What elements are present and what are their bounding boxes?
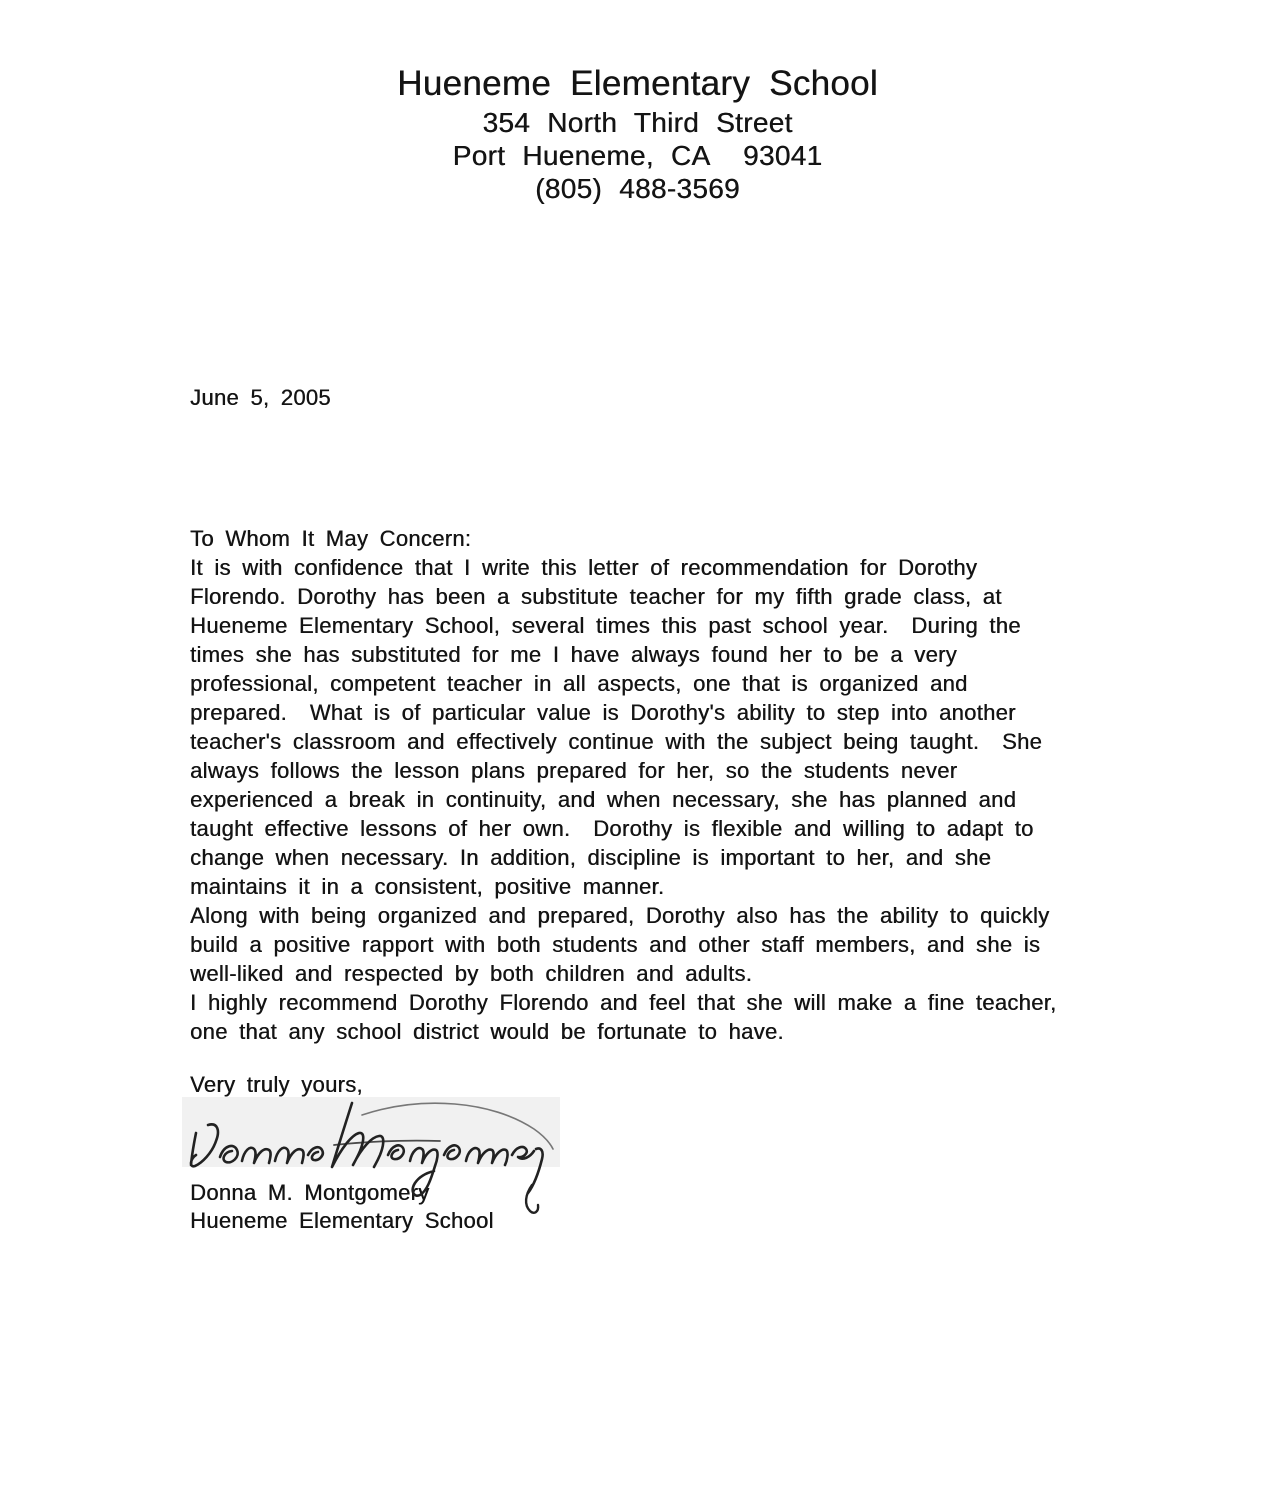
letterhead-city-state-zip: Port Hueneme, CA 93041 bbox=[0, 139, 1275, 172]
signature-image bbox=[182, 1091, 590, 1231]
paragraph-qualifications: It is with confidence that I write this … bbox=[190, 553, 1068, 901]
letter-body: June 5, 2005 To Whom It May Concern: It … bbox=[190, 383, 1068, 1235]
signature-tail-curl bbox=[526, 1185, 538, 1213]
letterhead-school-name: Hueneme Elementary School bbox=[0, 62, 1275, 106]
paragraph-recommendation: I highly recommend Dorothy Florendo and … bbox=[190, 988, 1068, 1046]
signature-block bbox=[190, 1101, 1068, 1179]
letterhead-phone: (805) 488-3569 bbox=[0, 172, 1275, 205]
letterhead-street-address: 354 North Third Street bbox=[0, 106, 1275, 139]
letterhead: Hueneme Elementary School 354 North Thir… bbox=[0, 0, 1275, 205]
letter-page: Hueneme Elementary School 354 North Thir… bbox=[0, 0, 1275, 1501]
salutation: To Whom It May Concern: bbox=[190, 524, 1068, 553]
paragraph-rapport: Along with being organized and prepared,… bbox=[190, 901, 1068, 988]
signature-scan-background bbox=[182, 1097, 560, 1167]
letter-date: June 5, 2005 bbox=[190, 383, 1068, 412]
